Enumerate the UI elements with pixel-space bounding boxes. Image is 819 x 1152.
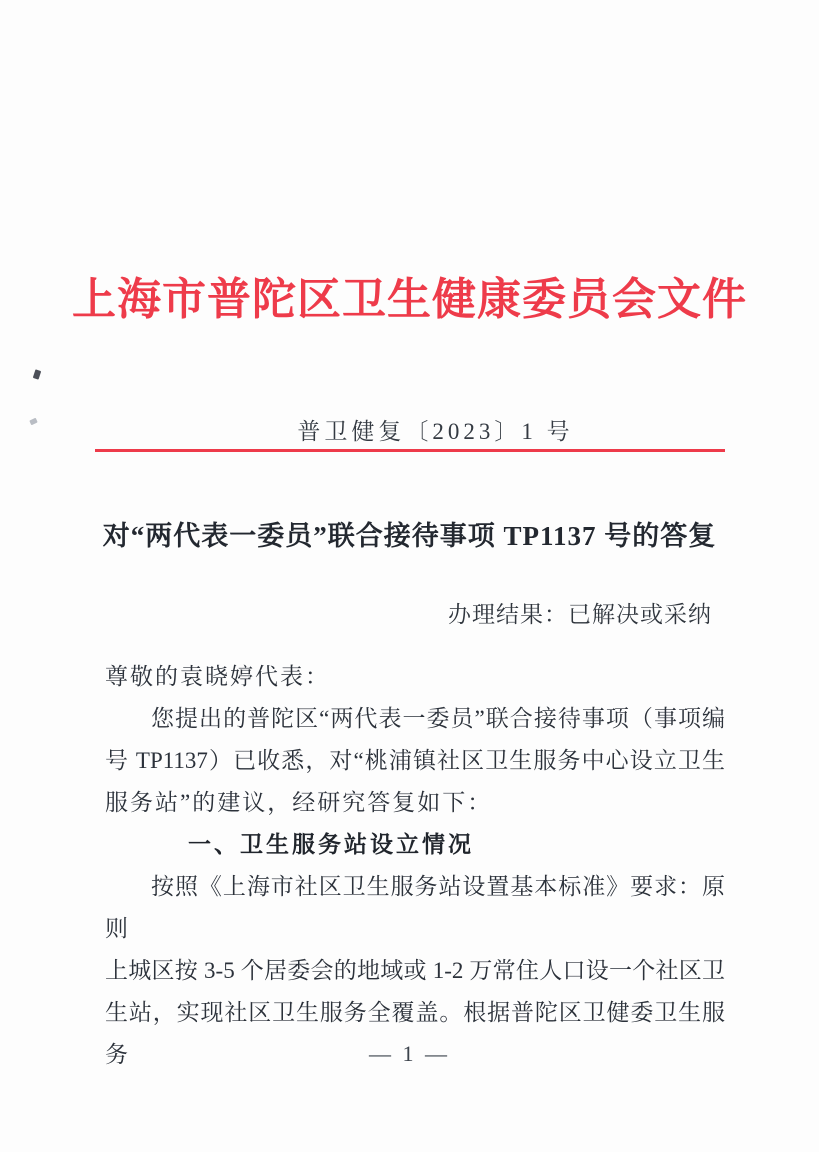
body-line: 您提出的普陀区“两代表一委员”联合接待事项（事项编	[105, 698, 725, 740]
handling-result: 办理结果：已解决或采纳	[448, 596, 712, 629]
scan-speck	[33, 369, 41, 379]
salutation-line: 尊敬的袁晓婷代表：	[105, 656, 725, 698]
document-page: 上海市普陀区卫生健康委员会文件 普卫健复〔2023〕1 号 对“两代表一委员”联…	[0, 0, 819, 1152]
body-line: 服务站”的建议，经研究答复如下：	[105, 782, 725, 824]
document-title: 对“两代表一委员”联合接待事项 TP1137 号的答复	[0, 514, 819, 553]
issuing-authority-title: 上海市普陀区卫生健康委员会文件	[0, 263, 819, 327]
red-divider-line	[95, 449, 725, 452]
body-line: 按照《上海市社区卫生服务站设置基本标准》要求：原则	[105, 866, 725, 950]
section-heading: 一、卫生服务站设立情况	[105, 824, 725, 866]
document-body: 尊敬的袁晓婷代表： 您提出的普陀区“两代表一委员”联合接待事项（事项编 号 TP…	[105, 656, 725, 1076]
body-line: 号 TP1137）已收悉，对“桃浦镇社区卫生服务中心设立卫生	[105, 740, 725, 782]
document-number: 普卫健复〔2023〕1 号	[26, 413, 819, 446]
page-number: — 1 —	[0, 1041, 819, 1067]
body-line: 上城区按 3-5 个居委会的地域或 1-2 万常住人口设一个社区卫	[105, 950, 725, 992]
